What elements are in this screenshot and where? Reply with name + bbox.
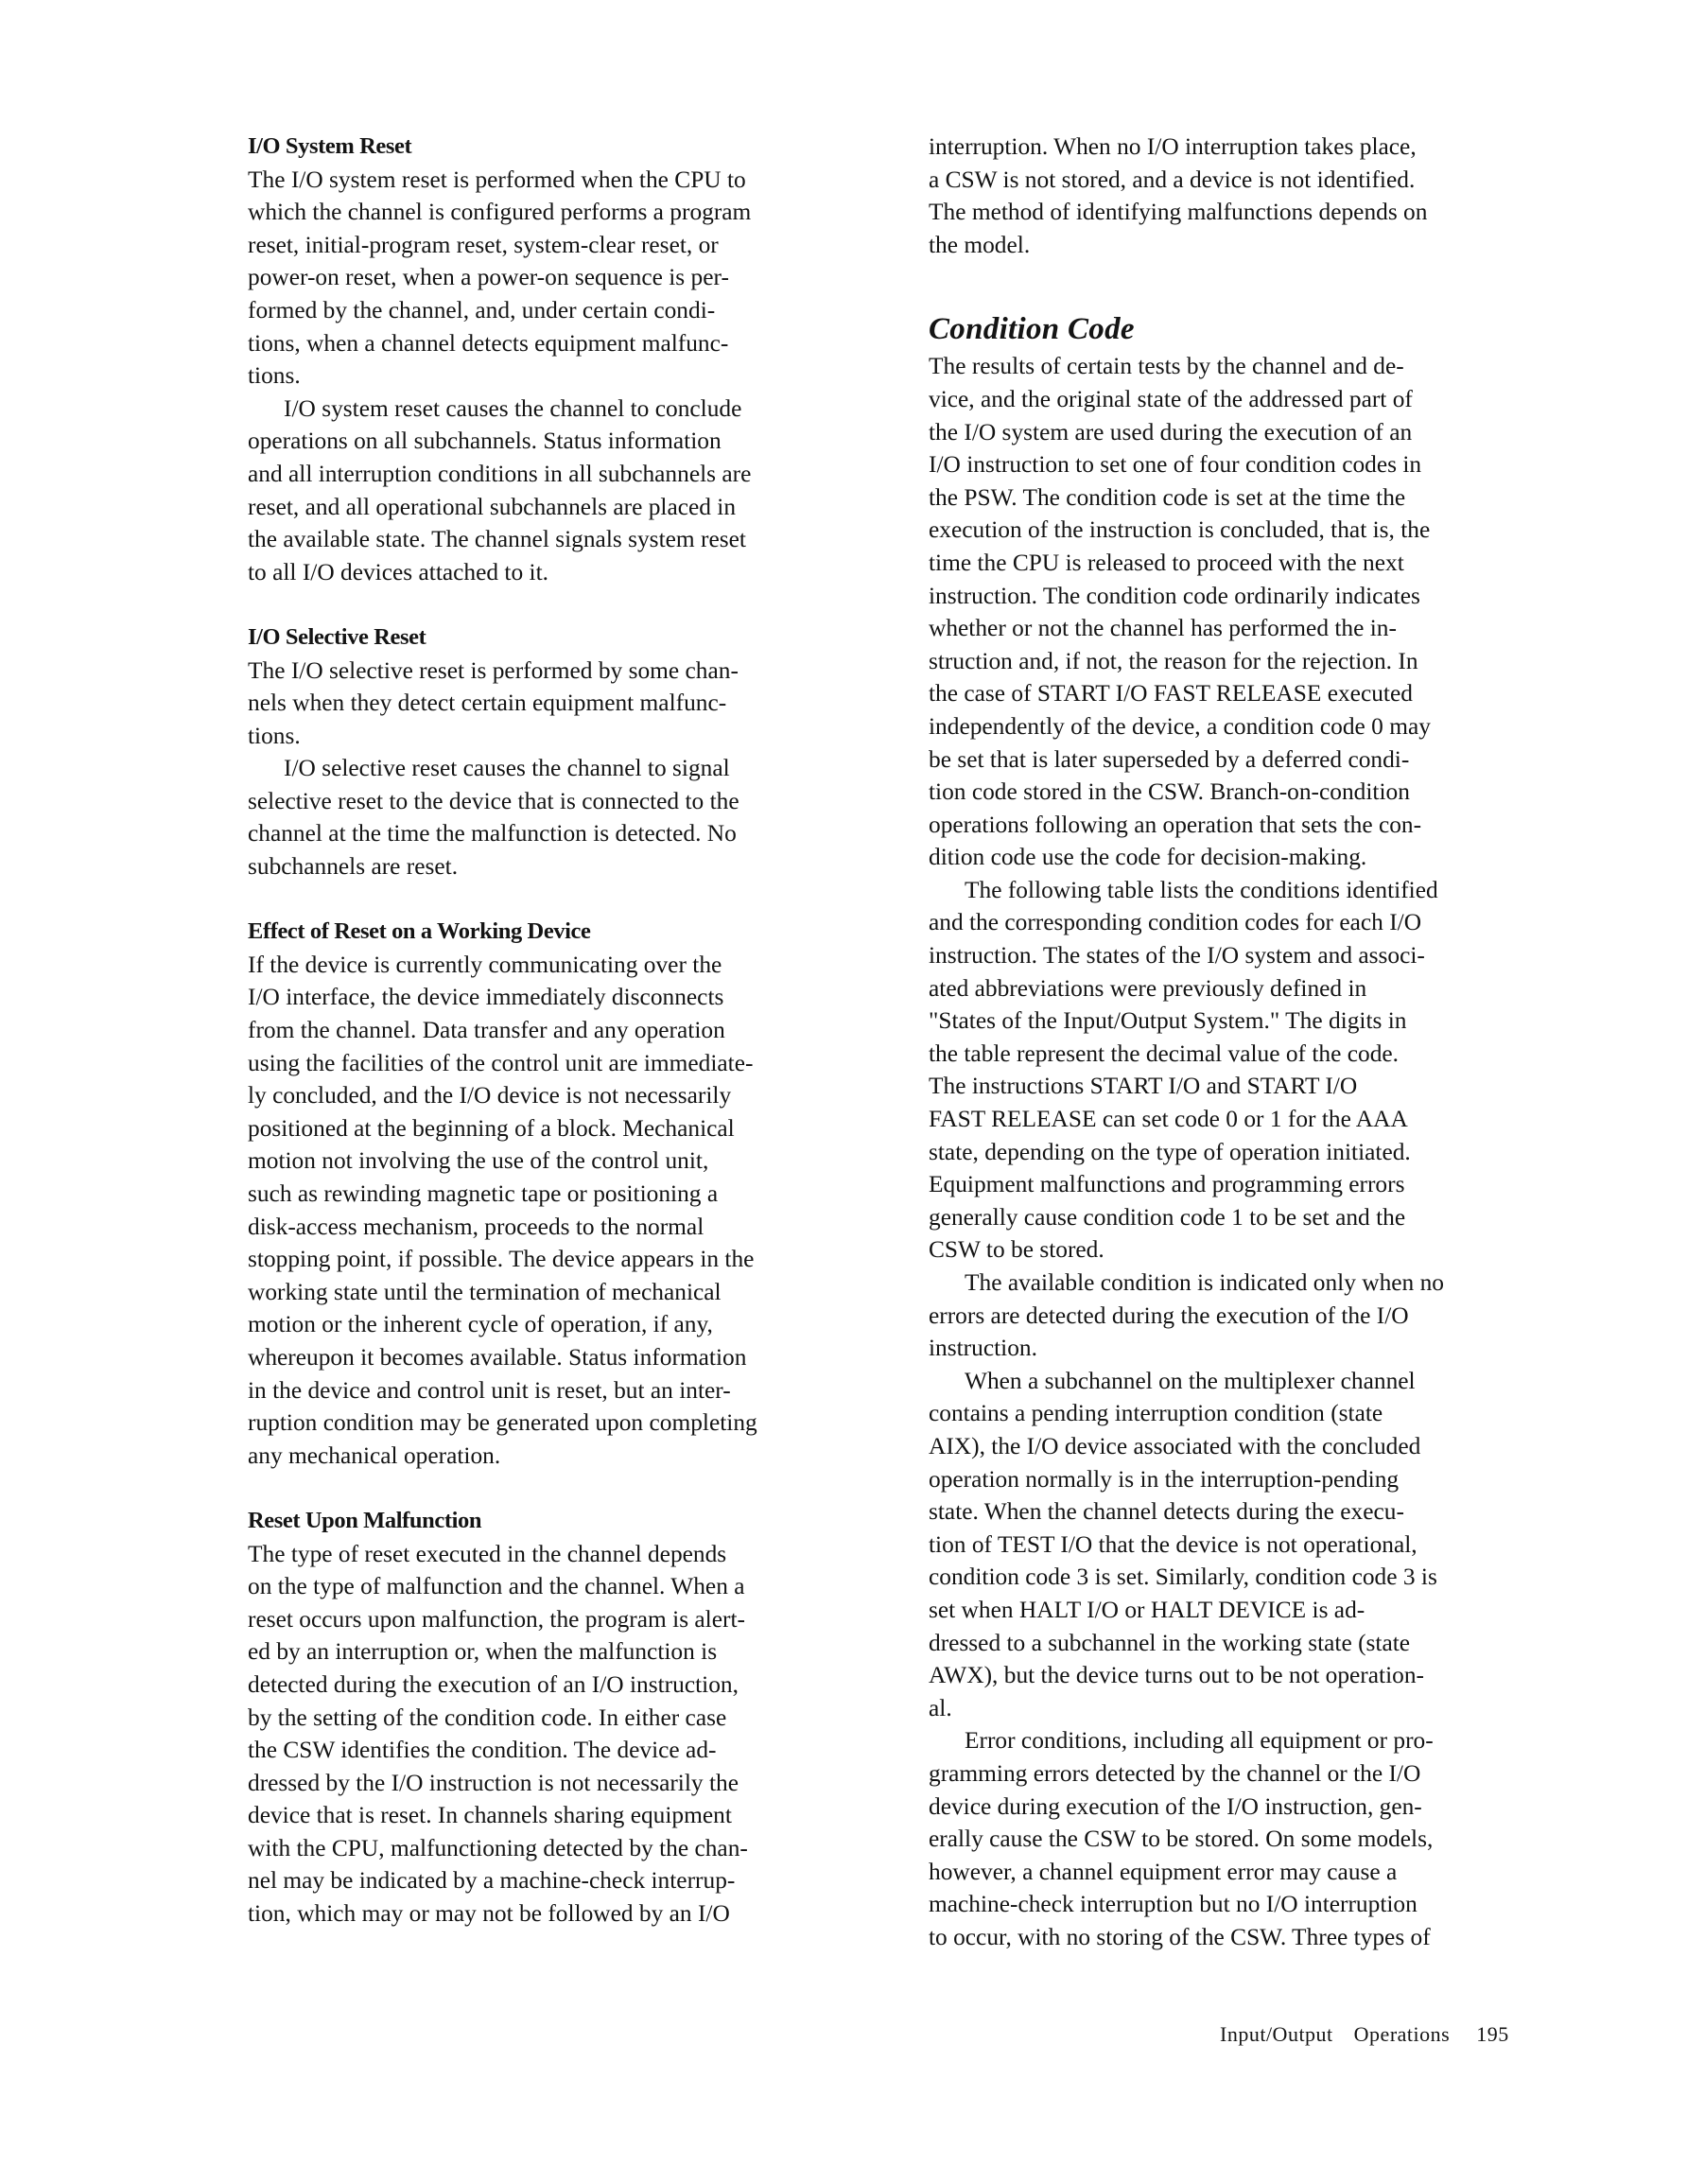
- text-line: and all interruption conditions in all s…: [248, 458, 872, 491]
- section-i-o-system-reset: I/O System ResetThe I/O system reset is …: [248, 131, 872, 588]
- text-line: whether or not the channel has performed…: [929, 612, 1553, 645]
- text-line: the I/O system are used during the execu…: [929, 416, 1553, 449]
- section-i-o-selective-reset: I/O Selective ResetThe I/O selective res…: [248, 621, 872, 883]
- text-line: I/O instruction to set one of four condi…: [929, 448, 1553, 481]
- paragraph: The available condition is indicated onl…: [929, 1267, 1553, 1365]
- text-line: be set that is later superseded by a def…: [929, 743, 1553, 777]
- text-line: the case of START I/O FAST RELEASE execu…: [929, 677, 1553, 710]
- paragraph: The results of certain tests by the chan…: [929, 350, 1553, 874]
- page-footer: Input/OutputOperations195: [1220, 2022, 1509, 2047]
- section-heading: I/O System Reset: [248, 131, 872, 164]
- text-line: AWX), but the device turns out to be not…: [929, 1659, 1553, 1692]
- text-line: to all I/O devices attached to it.: [248, 556, 872, 589]
- text-line: which the channel is configured performs…: [248, 196, 872, 229]
- text-line: When a subchannel on the multiplexer cha…: [929, 1365, 1553, 1398]
- text-line: selective reset to the device that is co…: [248, 785, 872, 818]
- text-line: ruption condition may be generated upon …: [248, 1406, 872, 1440]
- text-line: in the device and control unit is reset,…: [248, 1374, 872, 1407]
- text-line: dition code use the code for decision-ma…: [929, 841, 1553, 874]
- text-line: device that is reset. In channels sharin…: [248, 1799, 872, 1832]
- text-line: motion not involving the use of the cont…: [248, 1144, 872, 1178]
- text-line: "States of the Input/Output System." The…: [929, 1005, 1553, 1038]
- text-line: independently of the device, a condition…: [929, 710, 1553, 743]
- footer-word-1: Input/Output: [1220, 2022, 1333, 2047]
- text-line: a CSW is not stored, and a device is not…: [929, 164, 1553, 197]
- text-line: errors are detected during the execution…: [929, 1300, 1553, 1333]
- text-line: working state until the termination of m…: [248, 1276, 872, 1309]
- text-line: If the device is currently communicating…: [248, 949, 872, 982]
- text-line: channel at the time the malfunction is d…: [248, 817, 872, 850]
- text-line: stopping point, if possible. The device …: [248, 1243, 872, 1276]
- text-line: subchannels are reset.: [248, 850, 872, 883]
- text-line: generally cause condition code 1 to be s…: [929, 1201, 1553, 1234]
- text-line: CSW to be stored.: [929, 1233, 1553, 1267]
- text-line: dressed by the I/O instruction is not ne…: [248, 1767, 872, 1800]
- text-line: whereupon it becomes available. Status i…: [248, 1341, 872, 1374]
- text-line: struction and, if not, the reason for th…: [929, 645, 1553, 678]
- text-line: reset, initial-program reset, system-cle…: [248, 229, 872, 262]
- right-column: interruption. When no I/O interruption t…: [929, 131, 1553, 1953]
- text-line: with the CPU, malfunctioning detected by…: [248, 1832, 872, 1865]
- text-line: The I/O selective reset is performed by …: [248, 655, 872, 688]
- text-line: The I/O system reset is performed when t…: [248, 164, 872, 197]
- text-line: instruction. The condition code ordinari…: [929, 580, 1553, 613]
- footer-word-2: Operations: [1354, 2022, 1451, 2047]
- text-line: on the type of malfunction and the chann…: [248, 1570, 872, 1603]
- text-line: positioned at the beginning of a block. …: [248, 1112, 872, 1145]
- text-line: operations on all subchannels. Status in…: [248, 425, 872, 458]
- text-line: the model.: [929, 229, 1553, 262]
- text-line: tions.: [248, 359, 872, 393]
- text-line: I/O interface, the device immediately di…: [248, 981, 872, 1014]
- text-line: motion or the inherent cycle of operatio…: [248, 1308, 872, 1341]
- text-line: Error conditions, including all equipmen…: [929, 1724, 1553, 1757]
- section-heading: Effect of Reset on a Working Device: [248, 916, 872, 949]
- text-line: to occur, with no storing of the CSW. Th…: [929, 1921, 1553, 1954]
- condition-code-heading: Condition Code: [929, 310, 1553, 348]
- text-line: the available state. The channel signals…: [248, 523, 872, 556]
- text-line: time the CPU is released to proceed with…: [929, 547, 1553, 580]
- section-heading: Reset Upon Malfunction: [248, 1505, 872, 1538]
- text-line: the PSW. The condition code is set at th…: [929, 481, 1553, 515]
- text-line: such as rewinding magnetic tape or posit…: [248, 1178, 872, 1211]
- paragraph: If the device is currently communicating…: [248, 949, 872, 1473]
- text-line: execution of the instruction is conclude…: [929, 514, 1553, 547]
- text-line: reset occurs upon malfunction, the progr…: [248, 1603, 872, 1636]
- text-line: al.: [929, 1692, 1553, 1725]
- text-line: reset, and all operational subchannels a…: [248, 491, 872, 524]
- text-line: from the channel. Data transfer and any …: [248, 1014, 872, 1047]
- text-line: detected during the execution of an I/O …: [248, 1669, 872, 1702]
- text-line: disk-access mechanism, proceeds to the n…: [248, 1211, 872, 1244]
- text-line: condition code 3 is set. Similarly, cond…: [929, 1561, 1553, 1594]
- text-line: tions.: [248, 720, 872, 753]
- text-line: The results of certain tests by the chan…: [929, 350, 1553, 383]
- text-line: and the corresponding condition codes fo…: [929, 906, 1553, 939]
- text-line: tion of TEST I/O that the device is not …: [929, 1529, 1553, 1562]
- text-line: The type of reset executed in the channe…: [248, 1538, 872, 1571]
- text-line: Equipment malfunctions and programming e…: [929, 1168, 1553, 1201]
- text-line: tions, when a channel detects equipment …: [248, 327, 872, 360]
- paragraph: When a subchannel on the multiplexer cha…: [929, 1365, 1553, 1725]
- text-line: erally cause the CSW to be stored. On so…: [929, 1823, 1553, 1856]
- running-footer-title: Input/OutputOperations: [1220, 2022, 1450, 2047]
- section-spacer: [248, 883, 872, 917]
- text-line: the CSW identifies the condition. The de…: [248, 1734, 872, 1767]
- section-heading: I/O Selective Reset: [248, 621, 872, 655]
- paragraph: I/O system reset causes the channel to c…: [248, 393, 872, 589]
- paragraph: Error conditions, including all equipmen…: [929, 1724, 1553, 1953]
- text-line: the table represent the decimal value of…: [929, 1038, 1553, 1071]
- text-line: instruction. The states of the I/O syste…: [929, 939, 1553, 972]
- paragraph: The following table lists the conditions…: [929, 874, 1553, 1267]
- text-line: The method of identifying malfunctions d…: [929, 196, 1553, 229]
- text-line: by the setting of the condition code. In…: [248, 1702, 872, 1735]
- text-line: operations following an operation that s…: [929, 809, 1553, 842]
- paragraph: I/O selective reset causes the channel t…: [248, 752, 872, 882]
- text-line: The instructions START I/O and START I/O: [929, 1070, 1553, 1103]
- text-line: vice, and the original state of the addr…: [929, 383, 1553, 416]
- text-line: tion code stored in the CSW. Branch-on-c…: [929, 776, 1553, 809]
- text-line: dressed to a subchannel in the working s…: [929, 1627, 1553, 1660]
- paragraph: The I/O system reset is performed when t…: [248, 164, 872, 393]
- text-line: formed by the channel, and, under certai…: [248, 294, 872, 327]
- section-reset-upon-malfunction: Reset Upon MalfunctionThe type of reset …: [248, 1505, 872, 1931]
- text-line: device during execution of the I/O instr…: [929, 1791, 1553, 1824]
- text-line: ated abbreviations were previously defin…: [929, 972, 1553, 1005]
- text-line: nels when they detect certain equipment …: [248, 687, 872, 720]
- text-line: ly concluded, and the I/O device is not …: [248, 1079, 872, 1112]
- text-line: any mechanical operation.: [248, 1440, 872, 1473]
- section-spacer: [248, 588, 872, 621]
- text-line: The following table lists the conditions…: [929, 874, 1553, 907]
- text-line: AIX), the I/O device associated with the…: [929, 1430, 1553, 1463]
- text-line: operation normally is in the interruptio…: [929, 1463, 1553, 1496]
- left-column: I/O System ResetThe I/O system reset is …: [248, 131, 872, 1931]
- continued-paragraph: interruption. When no I/O interruption t…: [929, 131, 1553, 261]
- paragraph: The I/O selective reset is performed by …: [248, 655, 872, 753]
- text-line: ed by an interruption or, when the malfu…: [248, 1635, 872, 1669]
- text-line: interruption. When no I/O interruption t…: [929, 131, 1553, 164]
- text-line: state, depending on the type of operatio…: [929, 1136, 1553, 1169]
- text-line: The available condition is indicated onl…: [929, 1267, 1553, 1300]
- text-line: machine-check interruption but no I/O in…: [929, 1888, 1553, 1921]
- paragraph: The type of reset executed in the channe…: [248, 1538, 872, 1931]
- text-line: state. When the channel detects during t…: [929, 1495, 1553, 1529]
- page-number: 195: [1476, 2022, 1509, 2047]
- text-line: I/O system reset causes the channel to c…: [248, 393, 872, 426]
- text-line: tion, which may or may not be followed b…: [248, 1897, 872, 1931]
- text-line: however, a channel equipment error may c…: [929, 1856, 1553, 1889]
- text-line: gramming errors detected by the channel …: [929, 1757, 1553, 1791]
- text-line: instruction.: [929, 1332, 1553, 1365]
- text-line: contains a pending interruption conditio…: [929, 1397, 1553, 1430]
- section-spacer: [248, 1472, 872, 1505]
- text-line: I/O selective reset causes the channel t…: [248, 752, 872, 785]
- text-line: power-on reset, when a power-on sequence…: [248, 261, 872, 294]
- text-line: FAST RELEASE can set code 0 or 1 for the…: [929, 1103, 1553, 1136]
- text-line: using the facilities of the control unit…: [248, 1047, 872, 1080]
- section-effect-of-reset-on-a-working-device: Effect of Reset on a Working DeviceIf th…: [248, 916, 872, 1472]
- text-line: set when HALT I/O or HALT DEVICE is ad-: [929, 1594, 1553, 1627]
- text-line: nel may be indicated by a machine-check …: [248, 1864, 872, 1897]
- section-spacer: [929, 261, 1553, 310]
